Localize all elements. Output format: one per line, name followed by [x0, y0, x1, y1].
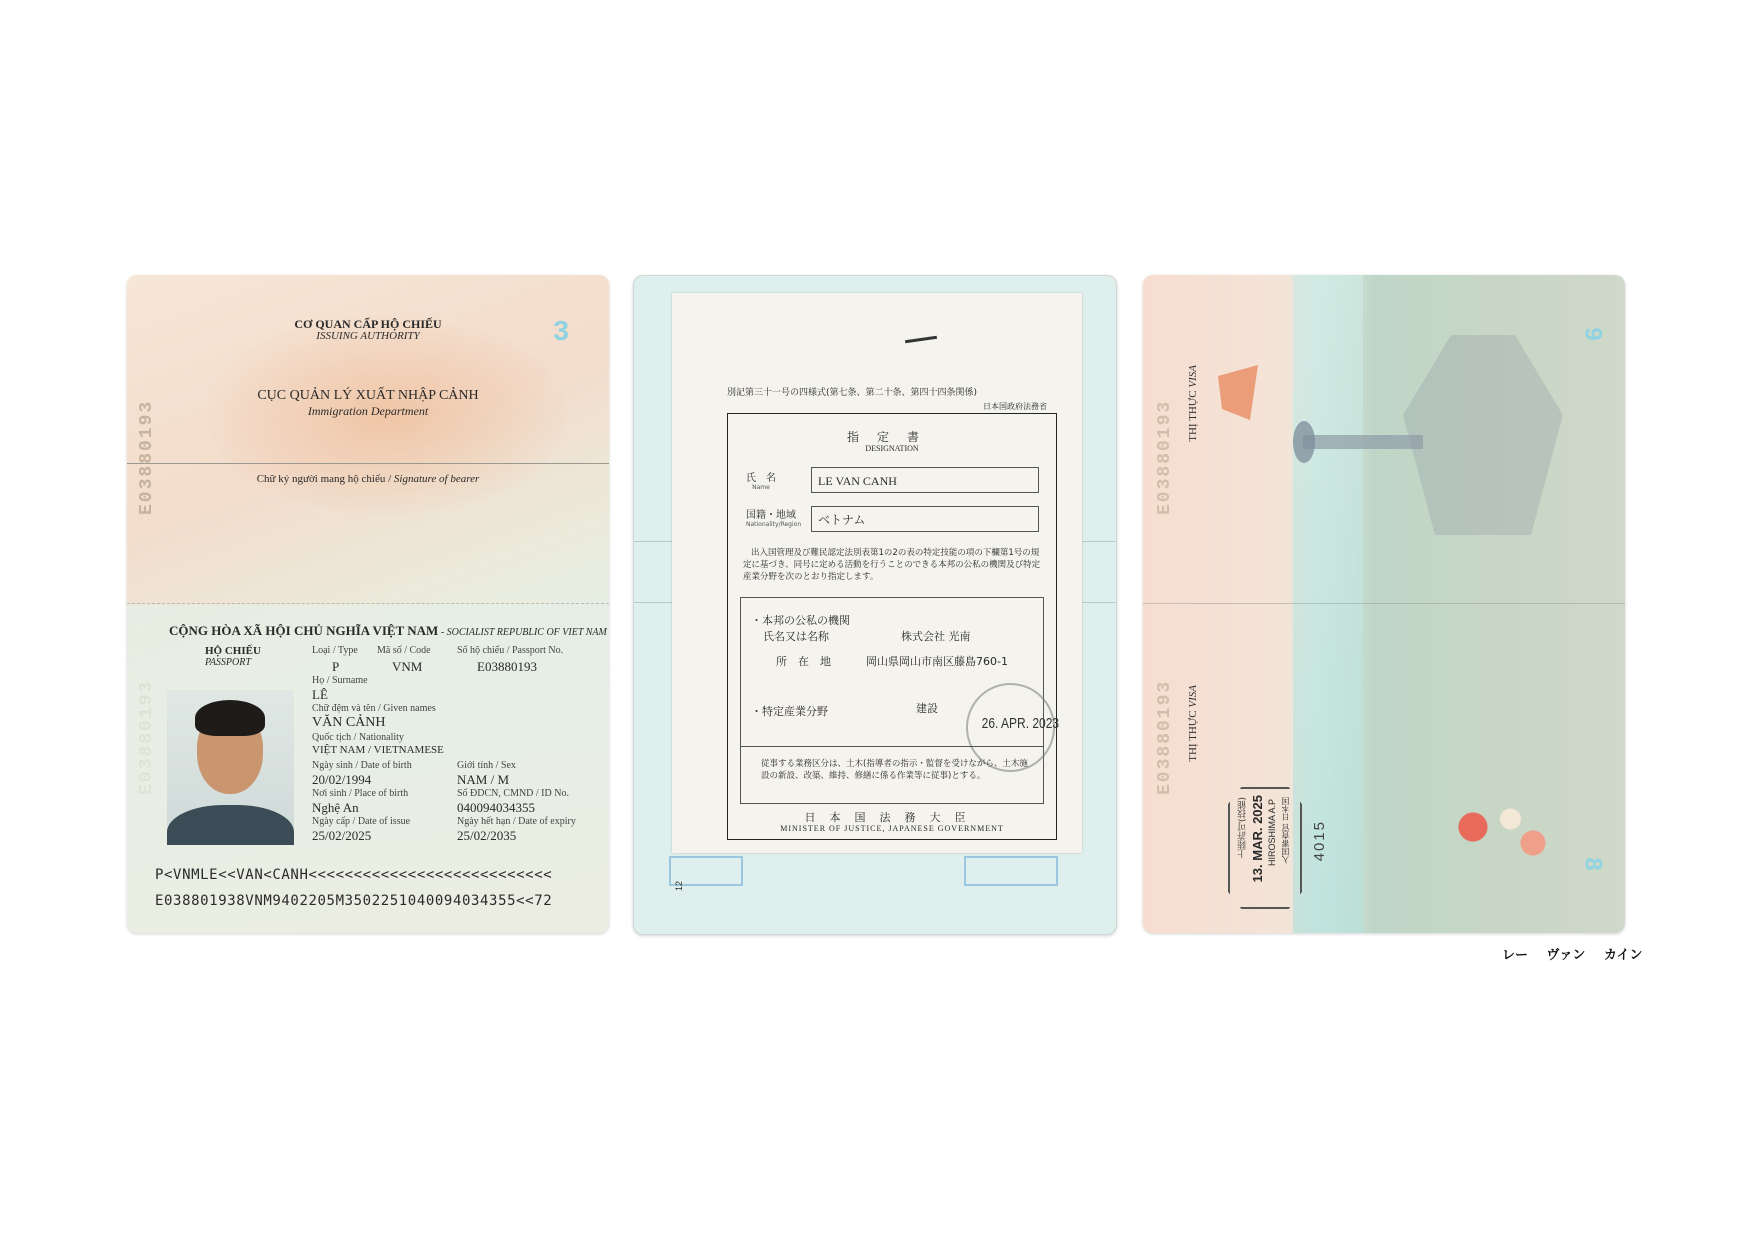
designation-frame: 指定書 DESIGNATION 氏 名Name LE VAN CANH 国籍・地… — [727, 413, 1057, 840]
nationality-value: VIỆT NAM / VIETNAMESE — [312, 744, 444, 756]
given-names-value: VĂN CẢNH — [312, 715, 386, 731]
name-field: LE VAN CANH — [811, 467, 1039, 493]
perforated-number: E03880193 — [137, 330, 163, 515]
doc-title-en: PASSPORT — [205, 657, 251, 668]
page-fold — [1143, 603, 1625, 604]
designation-title-jp: 指定書 — [728, 428, 1056, 445]
pen-mark — [905, 336, 937, 343]
issuing-authority-en: ISSUING AUTHORITY — [127, 330, 609, 342]
flowers-illustration — [1428, 795, 1578, 875]
issue-value: 25/02/2025 — [312, 828, 371, 844]
issuer-label: 日本国政府法務省 — [983, 401, 1047, 412]
page-number-bottom: 8 — [1578, 857, 1606, 870]
fortress-illustration — [1403, 335, 1563, 535]
signature-line — [127, 463, 609, 464]
nationality-label: 国籍・地域Nationality/Region — [746, 506, 801, 528]
passport-no-label: Số hộ chiếu / Passport No. — [457, 645, 563, 656]
minister-jp: 日本国法務大臣 — [728, 809, 1056, 825]
designation-title-en: DESIGNATION — [728, 444, 1056, 453]
passport-no-value: E03880193 — [477, 659, 537, 675]
page-number: 12 — [674, 881, 684, 891]
sex-value: NAM / M — [457, 772, 509, 788]
work-note: 従事する業務区分は、土木(指導者の指示・監督を受けながら、土木施設の新設、改築、… — [761, 758, 1029, 782]
dob-label: Ngày sinh / Date of birth — [312, 760, 412, 771]
address-value: 岡山県岡山市南区藤島760-1 — [866, 653, 1008, 669]
form-reference: 別記第三十一号の四様式(第七条、第二十条、第四十四条関係) — [727, 385, 977, 398]
code-value: VNM — [392, 659, 422, 675]
signature-label: Chữ ký người mang hộ chiếu / Signature o… — [127, 473, 609, 485]
sex-label: Giới tính / Sex — [457, 760, 516, 771]
perforated-number-lower: E03880193 — [1155, 610, 1181, 795]
data-page: CỘNG HÒA XÃ HỘI CHỦ NGHĨA VIỆT NAM - SOC… — [127, 605, 609, 933]
given-names-label: Chữ đệm và tên / Given names — [312, 703, 436, 714]
expiry-value: 25/02/2035 — [457, 828, 516, 844]
surname-value: LÊ — [312, 687, 328, 703]
entry-stamp-partial-right — [964, 856, 1058, 886]
nationality-label: Quốc tịch / Nationality — [312, 732, 404, 743]
visa-page: E03880193 E03880193 THỊ THỰC VISA THỊ TH… — [1143, 275, 1625, 933]
code-label: Mã số / Code — [377, 645, 431, 656]
industry-label: ・特定産業分野 — [751, 703, 828, 719]
nationality-field: ベトナム — [811, 506, 1039, 532]
surname-label: Họ / Surname — [312, 675, 368, 686]
department-en: Immigration Department — [127, 404, 609, 419]
name-label: 氏 名Name — [746, 469, 776, 491]
type-label: Loại / Type — [312, 645, 358, 656]
address-label: 所 在 地 — [776, 653, 831, 669]
passport-bio-page: 3 E03880193 E03880193 CƠ QUAN CẤP HỘ CHI… — [127, 275, 609, 933]
org-name-label: 氏名又は名称 — [763, 628, 829, 644]
doc-title-vn: HỘ CHIẾU — [205, 645, 261, 657]
dob-value: 20/02/1994 — [312, 772, 371, 788]
designation-page: 12 別記第三十一号の四様式(第七条、第二十条、第四十四条関係) 日本国政府法務… — [633, 275, 1117, 935]
minister-en: MINISTER OF JUSTICE, JAPANESE GOVERNMENT — [728, 824, 1056, 833]
pob-label: Nơi sinh / Place of birth — [312, 788, 408, 799]
issue-label: Ngày cấp / Date of issue — [312, 816, 410, 827]
designation-sticker: 別記第三十一号の四様式(第七条、第二十条、第四十四条関係) 日本国政府法務省 指… — [672, 293, 1082, 853]
type-value: P — [332, 659, 339, 675]
page-number-top: 9 — [1578, 327, 1606, 340]
designation-details: ・本邦の公私の機関 氏名又は名称 株式会社 光南 所 在 地 岡山県岡山市南区藤… — [740, 597, 1044, 804]
mrz-line-2: E038801938VNM9402205M3502251040094034355… — [155, 893, 552, 909]
org-name-value: 株式会社 光南 — [901, 628, 971, 644]
mrz-line-1: P<VNMLE<<VAN<CANH<<<<<<<<<<<<<<<<<<<<<<<… — [155, 867, 552, 883]
flag-tower-illustration — [1303, 435, 1423, 449]
entry-port: HIROSHIMA A.P — [1267, 799, 1277, 866]
id-label: Số ĐDCN, CMND / ID No. — [457, 788, 569, 799]
expiry-label: Ngày hết hạn / Date of expiry — [457, 816, 576, 827]
stamp-number: 4015 — [1311, 820, 1328, 861]
landing-permission-stamp: 上陸許可(技能) 13. MAR. 2025 HIROSHIMA A.P 入国審… — [1228, 787, 1302, 909]
flag-illustration — [1218, 365, 1258, 420]
org-heading: ・本邦の公私の機関 — [751, 612, 850, 628]
name-katakana-caption: レー ヴァン カイン — [1502, 944, 1643, 963]
visa-label-top: THỊ THỰC VISA — [1187, 365, 1199, 442]
pob-value: Nghệ An — [312, 800, 359, 816]
industry-value: 建設 — [916, 700, 938, 716]
department-vn: CỤC QUẢN LÝ XUẤT NHẬP CẢNH — [127, 388, 609, 404]
holder-photo — [167, 690, 294, 845]
republic-heading: CỘNG HÒA XÃ HỘI CHỦ NGHĨA VIỆT NAM - SOC… — [169, 623, 607, 639]
visa-label-bottom: THỊ THỰC VISA — [1187, 685, 1199, 762]
id-value: 040094034355 — [457, 800, 535, 816]
page-fold — [127, 603, 609, 604]
perforated-number: E03880193 — [1155, 330, 1181, 515]
legal-paragraph: 出入国管理及び難民認定法別表第1の2の表の特定技能の項の下欄第1号の規定に基づき… — [743, 547, 1041, 583]
entry-date: 13. MAR. 2025 — [1250, 795, 1265, 882]
